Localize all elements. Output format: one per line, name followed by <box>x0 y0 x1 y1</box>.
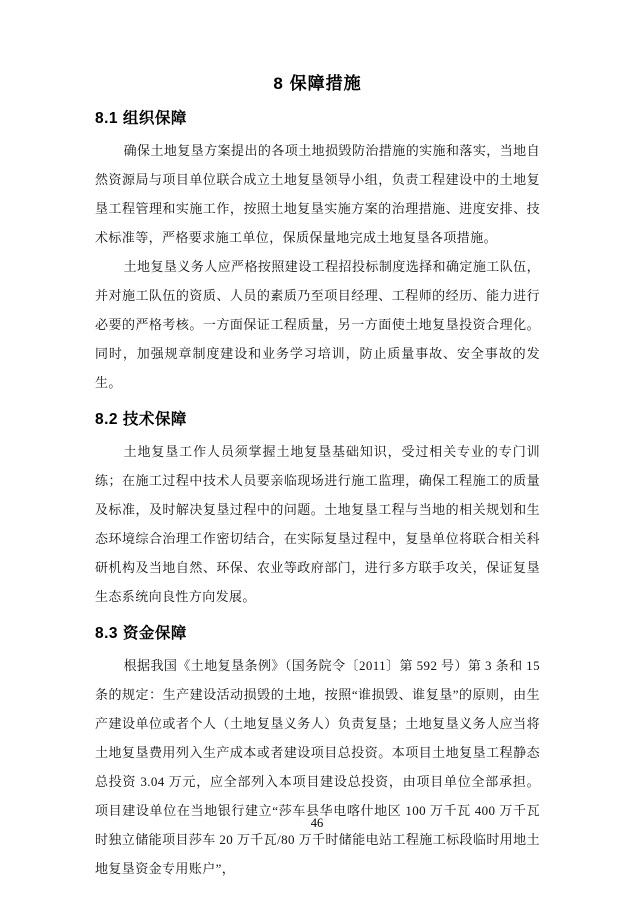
paragraph: 根据我国《土地复垦条例》（国务院令〔2011〕第 592 号）第 3 条和 15… <box>95 651 540 883</box>
section-heading-8-1: 8.1 组织保障 <box>95 108 540 130</box>
page-number: 46 <box>0 816 634 831</box>
document-page: 8 保障措施 8.1 组织保障 确保土地复垦方案提出的各项土地损毁防治措施的实施… <box>0 0 634 898</box>
section-heading-8-3: 8.3 资金保障 <box>95 623 540 645</box>
paragraph: 土地复垦义务人应严格按照建设工程招投标制度选择和确定施工队伍，并对施工队伍的资质… <box>95 252 540 397</box>
paragraph: 确保土地复垦方案提出的各项土地损毁防治措施的实施和落实，当地自然资源局与项目单位… <box>95 136 540 252</box>
document-title: 8 保障措施 <box>95 72 540 96</box>
section-organizational-safeguard: 8.1 组织保障 确保土地复垦方案提出的各项土地损毁防治措施的实施和落实，当地自… <box>95 108 540 397</box>
section-technical-safeguard: 8.2 技术保障 土地复垦工作人员须掌握土地复垦基础知识，受过相关专业的专门训练… <box>95 409 540 611</box>
paragraph: 土地复垦工作人员须掌握土地复垦基础知识，受过相关专业的专门训练；在施工过程中技术… <box>95 437 540 611</box>
section-heading-8-2: 8.2 技术保障 <box>95 409 540 431</box>
section-funding-safeguard: 8.3 资金保障 根据我国《土地复垦条例》（国务院令〔2011〕第 592 号）… <box>95 623 540 883</box>
